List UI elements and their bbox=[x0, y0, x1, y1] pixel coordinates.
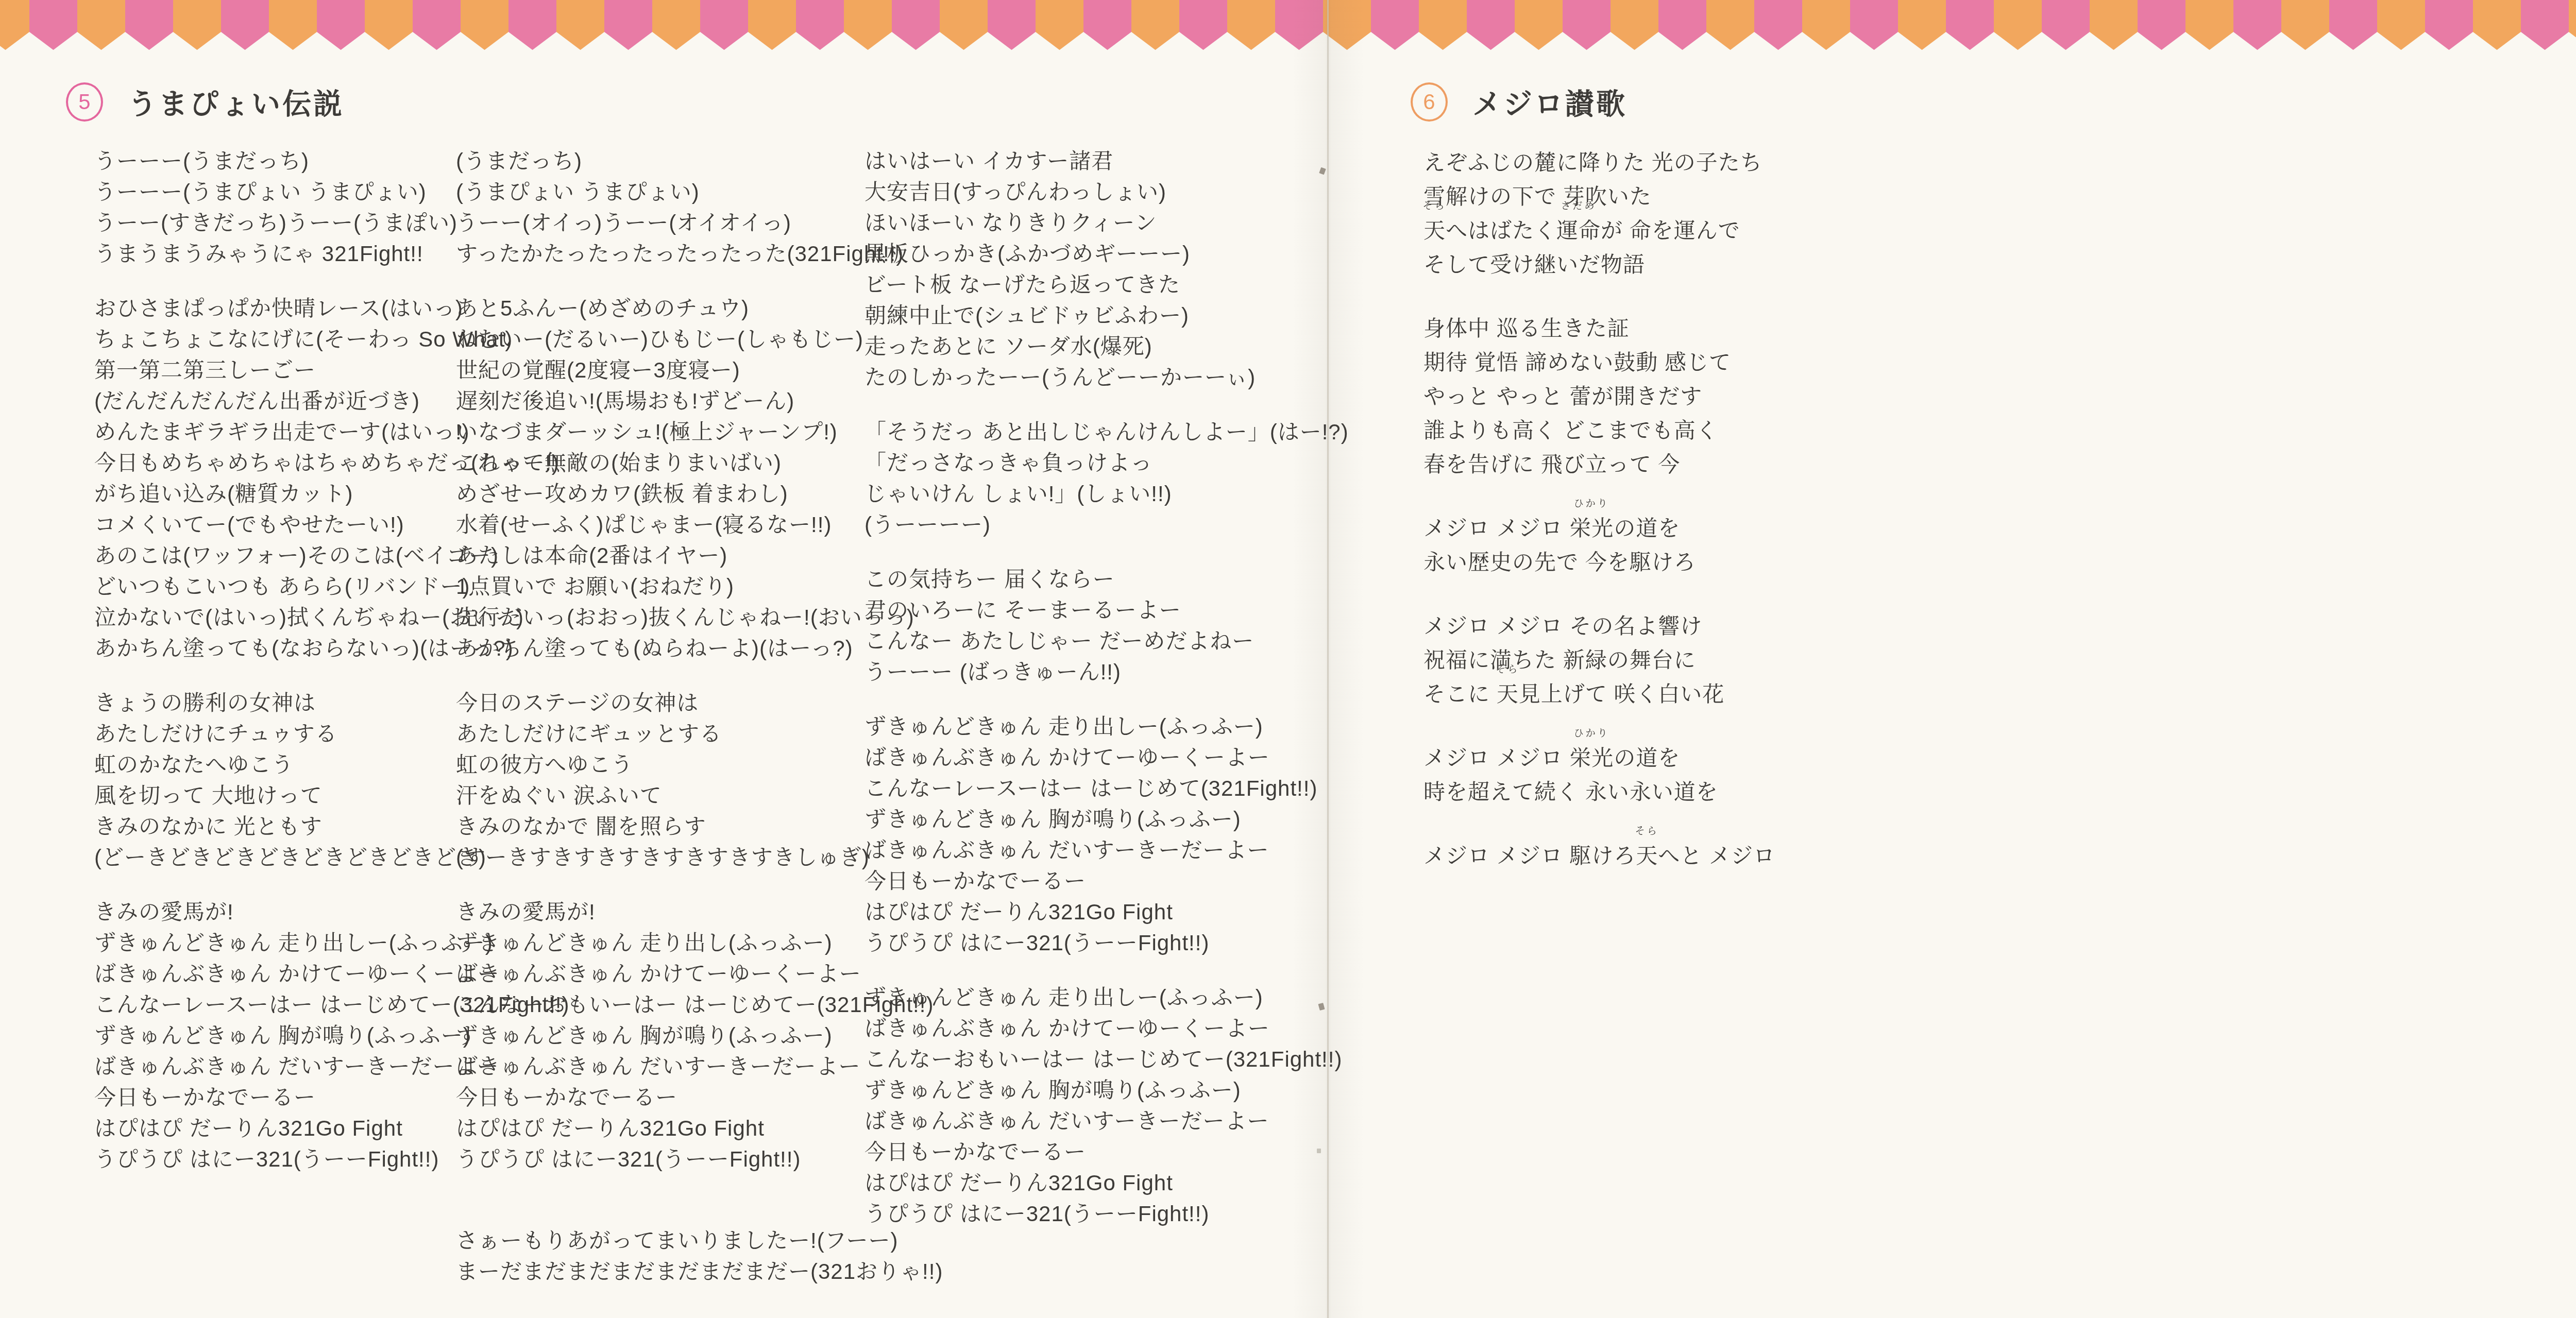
ruby-base: 天そら bbox=[1423, 214, 1446, 248]
lyric-line: 天そらへはばたく運命さだめが 命を運んで bbox=[1423, 214, 1775, 248]
lyric-stanza: メジロ メジロ 駆けろ天そらへと メジロ bbox=[1423, 839, 1775, 873]
ruby-base: 栄光ひかり bbox=[1569, 741, 1614, 775]
furigana: そら bbox=[1496, 665, 1519, 675]
lyric-line: 時を超えて続く 永い永い道を bbox=[1423, 775, 1775, 809]
lyric-line: 「そうだっ あと出しじゃんけんしよー」(はー!?) bbox=[865, 417, 1349, 448]
scan-speck bbox=[1317, 1149, 1321, 1153]
lyric-line: そして受け継いだ物語 bbox=[1423, 248, 1775, 282]
lyric-line: じゃいけん しょい!」(しょい!!) bbox=[865, 478, 1349, 509]
lyric-line: そこに 天そら見上げて 咲く白い花 bbox=[1423, 677, 1775, 711]
lyric-stanza: メジロ メジロ その名よ響け祝福に満ちた 新緑の舞台にそこに 天そら見上げて 咲… bbox=[1423, 609, 1775, 711]
furigana: ひかり bbox=[1574, 729, 1609, 739]
lyric-line: まーだまだまだまだまだまだまだー(321おりゃ!!) bbox=[456, 1256, 943, 1287]
track-title-umapyoi: うまぴょい伝説 bbox=[128, 81, 344, 123]
lyric-line: 今日もーかなでーるー bbox=[865, 1137, 1349, 1168]
lyric-stanza: はいはーい イカすー諸君大安吉日(すっぴんわっしょい)ほいほーい なりきりクィー… bbox=[865, 146, 1349, 393]
furigana: そら bbox=[1635, 827, 1659, 836]
lyric-stanza: えぞふじの麓に降りた 光の子たち雪解けの下で 芽吹いた天そらへはばたく運命さだめ… bbox=[1423, 146, 1775, 282]
track-number: 6 bbox=[1423, 91, 1435, 113]
lyric-line: ずきゅんどきゅん 走り出しー(ふっふー) bbox=[865, 711, 1349, 742]
lyric-line: ばきゅんぶきゅん かけてーゆーくーよー bbox=[865, 742, 1349, 773]
lyric-line: はぴはぴ だーりん321Go Fight bbox=[865, 897, 1349, 928]
lyric-line: メジロ メジロ 栄光ひかりの道を bbox=[1423, 741, 1775, 775]
lyric-line: 祝福に満ちた 新緑の舞台に bbox=[1423, 643, 1775, 677]
lyric-line: ビート板 なーげたら返ってきた bbox=[865, 269, 1349, 300]
lyric-stanza: この気持ちー 届くならー君のいろーに そーまーるーよーこんなー あたしじゃー だ… bbox=[865, 564, 1349, 688]
lyric-line: うぴうぴ はにー321(うーーFight!!) bbox=[865, 928, 1349, 958]
lyric-line: メジロ メジロ 栄光ひかりの道を bbox=[1423, 511, 1775, 545]
lyric-line: ばきゅんぶきゅん だいすーきーだーよー bbox=[865, 835, 1349, 866]
lyric-line: 朝練中止で(シュビドゥビふわー) bbox=[865, 300, 1349, 331]
lyric-line: 身体中 巡る生きた証 bbox=[1423, 312, 1775, 346]
lyric-line: ずきゅんどきゅん 走り出しー(ふっふー) bbox=[865, 982, 1349, 1013]
furigana: さだめ bbox=[1561, 201, 1597, 211]
lyric-line: ばきゅんぶきゅん かけてーゆーくーよー bbox=[865, 1013, 1349, 1044]
lyric-line: うぴうぴ はにー321(うーーFight!!) bbox=[865, 1199, 1349, 1229]
track-number: 5 bbox=[78, 91, 90, 113]
ruby-base: 天そら bbox=[1636, 839, 1658, 873]
lyric-line: たのしかったーー(うんどーーかーーぃ) bbox=[865, 362, 1349, 393]
furigana: ひかり bbox=[1574, 499, 1609, 509]
lyric-line: メジロ メジロ 駆けろ天そらへと メジロ bbox=[1423, 839, 1775, 873]
lyric-line: メジロ メジロ その名よ響け bbox=[1423, 609, 1775, 643]
top-border-bunting bbox=[0, 0, 2576, 52]
lyric-line: 雪解けの下で 芽吹いた bbox=[1423, 180, 1775, 214]
lyric-line: ばきゅんぶきゅん だいすーきーだーよー bbox=[865, 1106, 1349, 1137]
track-number-badge-5: 5 bbox=[66, 82, 103, 122]
lyric-line: ほいほーい なりきりクィーン bbox=[865, 208, 1349, 238]
track-number-badge-6: 6 bbox=[1411, 82, 1448, 122]
lyric-line: 君のいろーに そーまーるーよー bbox=[865, 595, 1349, 626]
lyric-line: 走ったあとに ソーダ水(爆死) bbox=[865, 331, 1349, 362]
lyric-line: (うーーーー) bbox=[865, 509, 1349, 540]
lyric-stanza: 身体中 巡る生きた証期待 覚悟 諦めない鼓動 感じてやっと やっと 蕾が開きだす… bbox=[1423, 312, 1775, 482]
lyrics-column-3: はいはーい イカすー諸君大安吉日(すっぴんわっしょい)ほいほーい なりきりクィー… bbox=[865, 146, 1349, 1253]
lyrics-column-4: えぞふじの麓に降りた 光の子たち雪解けの下で 芽吹いた天そらへはばたく運命さだめ… bbox=[1423, 146, 1775, 903]
track-header-6: 6 メジロ讃歌 bbox=[1411, 81, 1627, 123]
lyric-line: はぴはぴ だーりん321Go Fight bbox=[865, 1168, 1349, 1199]
track-title-mejiro: メジロ讃歌 bbox=[1472, 81, 1627, 123]
lyric-line: えぞふじの麓に降りた 光の子たち bbox=[1423, 146, 1775, 180]
lyric-line: 誰よりも高く どこまでも高く bbox=[1423, 414, 1775, 448]
lyric-line: やっと やっと 蕾が開きだす bbox=[1423, 380, 1775, 414]
lyric-line: 黒板ひっかき(ふかづめギーーー) bbox=[865, 238, 1349, 269]
lyric-stanza: ずきゅんどきゅん 走り出しー(ふっふー)ばきゅんぶきゅん かけてーゆーくーよーこ… bbox=[865, 982, 1349, 1229]
lyric-line: ずきゅんどきゅん 胸が鳴り(ふっふー) bbox=[865, 1075, 1349, 1106]
lyric-stanza: メジロ メジロ 栄光ひかりの道を時を超えて続く 永い永い道を bbox=[1423, 741, 1775, 809]
lyric-line: こんなーおもいーはー はーじめてー(321Fight!!) bbox=[865, 1044, 1349, 1075]
lyric-line: 今日もーかなでーるー bbox=[865, 866, 1349, 897]
lyric-stanza: メジロ メジロ 栄光ひかりの道を永い歴史の先で 今を駆けろ bbox=[1423, 511, 1775, 579]
lyric-stanza: ずきゅんどきゅん 走り出しー(ふっふー)ばきゅんぶきゅん かけてーゆーくーよーこ… bbox=[865, 711, 1349, 958]
lyric-line: うーーー (ばっきゅーん!!) bbox=[865, 657, 1349, 688]
lyric-line: 大安吉日(すっぴんわっしょい) bbox=[865, 177, 1349, 208]
lyric-line: こんなー あたしじゃー だーめだよねー bbox=[865, 626, 1349, 657]
lyric-line: ずきゅんどきゅん 胸が鳴り(ふっふー) bbox=[865, 804, 1349, 835]
lyric-line: 期待 覚悟 諦めない鼓動 感じて bbox=[1423, 346, 1775, 380]
lyric-line: この気持ちー 届くならー bbox=[865, 564, 1349, 595]
lyric-stanza: 「そうだっ あと出しじゃんけんしよー」(はー!?)「だっさなっきゃ負っけよっじゃ… bbox=[865, 417, 1349, 540]
lyric-line: こんなーレースーはー はーじめて(321Fight!!) bbox=[865, 773, 1349, 804]
lyric-line: はいはーい イカすー諸君 bbox=[865, 146, 1349, 177]
furigana: そら bbox=[1422, 201, 1446, 211]
lyric-line: 永い歴史の先で 今を駆けろ bbox=[1423, 545, 1775, 579]
ruby-base: 栄光ひかり bbox=[1569, 511, 1614, 545]
lyric-line: 「だっさなっきゃ負っけよっ bbox=[865, 448, 1349, 478]
ruby-base: 運命さだめ bbox=[1556, 214, 1601, 248]
lyric-line: 春を告げに 飛び立って 今 bbox=[1423, 448, 1775, 482]
ruby-base: 天そら bbox=[1497, 677, 1519, 711]
track-header-5: 5 うまぴょい伝説 bbox=[66, 81, 344, 123]
